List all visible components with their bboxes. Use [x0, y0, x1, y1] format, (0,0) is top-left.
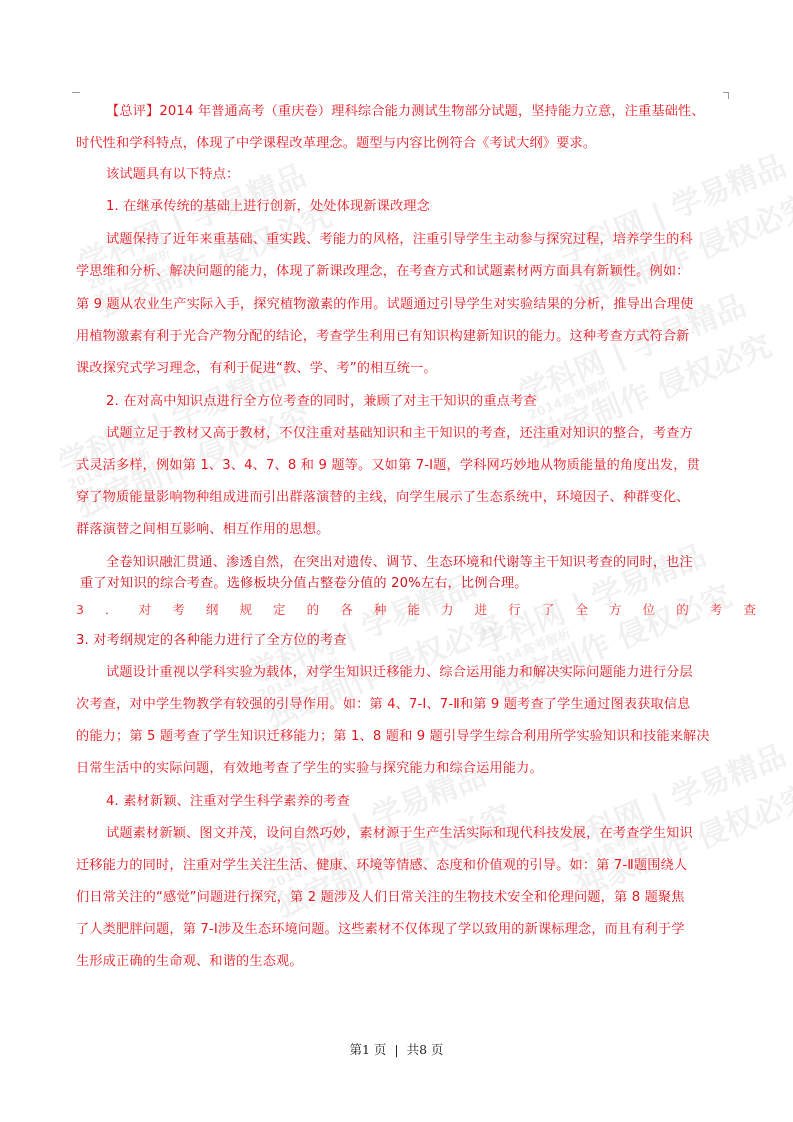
paragraph-line: 穿了物质能量影响物种组成进而引出群落演替的主线，向学生展示了生态系统中，环境因子…	[76, 489, 690, 507]
paragraph-line: 群落演替之间相互影响、相互作用的思想。	[76, 521, 329, 539]
section-heading-3: 3. 对考纲规定的各种能力进行了全方位的考查	[76, 632, 347, 650]
paragraph-line: 第 9 题从农业生产实际入手，探究植物激素的作用。试题通过引导学生对实验结果的分…	[76, 296, 693, 314]
paragraph-line: 时代性和学科特点，体现了中学课程改革理念。题型与内容比例符合《考试大纲》要求。	[76, 135, 596, 153]
section-heading-4: 4. 素材新颖、注重对学生科学素养的考查	[106, 793, 350, 811]
paragraph-line: 试题素材新颖、图文并茂，设问自然巧妙，素材源于生产生活实际和现代科技发展，在考查…	[106, 825, 693, 843]
section-heading-1: 1. 在继承传统的基础上进行创新，处处体现新课改理念	[106, 198, 430, 216]
section-heading-3-justified: 3．对考纲规定的各种能力进行了全方位的考查	[76, 601, 777, 619]
paragraph-line: 次考查，对中学生物教学有较强的引导作用。如：第 4、7-Ⅰ、7-Ⅱ和第 9 题考…	[76, 696, 691, 714]
watermark: 学科网 | 学易精品 2014高考解析 独家制作 侵权必究	[554, 736, 793, 904]
paragraph-line: 课改探究式学习理念，有利于促进“教、学、考”的相互统一。	[76, 360, 437, 378]
summary-heading-line: 【总评】2014 年普通高考（重庆卷）理科综合能力测试生物部分试题，坚持能力立意…	[106, 103, 705, 121]
crop-mark-top-left	[72, 92, 80, 99]
paragraph-line: 该试题具有以下特点：	[106, 166, 239, 184]
paragraph-line: 试题立足于教材又高于教材，不仅注重对基础知识和主干知识的考查，还注重对知识的整合…	[106, 425, 693, 443]
paragraph-line: 了人类肥胖问题，第 7-Ⅰ涉及生态环境问题。这些素材不仅体现了学以致用的新课标理…	[76, 921, 685, 939]
page-number: 第1 页	[349, 1042, 386, 1057]
page-footer: 第1 页 | 共8 页	[0, 1040, 793, 1058]
paragraph-line: 学思维和分析、解决问题的能力，体现了新课改理念，在考查方式和试题素材两方面具有新…	[76, 263, 690, 281]
footer-separator: |	[394, 1042, 398, 1057]
document-page: 学科网 | 学易精品 2014高考解析 独家制作 侵权必究 学科网 | 学易精品…	[0, 0, 793, 1122]
page-total: 共8 页	[407, 1042, 444, 1057]
paragraph-line: 试题保持了近年来重基础、重实践、考能力的风格，注重引导学生主动参与探究过程，培养…	[106, 231, 693, 249]
paragraph-line: 用植物激素有利于光合产物分配的结论，考查学生利用已有知识构建新知识的能力。这种考…	[76, 328, 690, 346]
paragraph-line: 试题设计重视以学科实验为载体，对学生知识迁移能力、综合运用能力和解决实际问题能力…	[106, 664, 693, 682]
paragraph-line: 式灵活多样，例如第 1、3、4、7、8 和 9 题等。又如第 7-Ⅰ题，学科网巧…	[76, 457, 700, 475]
section-heading-2: 2. 在对高中知识点进行全方位考查的同时，兼顾了对主干知识的重点考查	[106, 393, 537, 411]
paragraph-line: 全卷知识融汇贯通、渗透自然，在突出对遗传、调节、生态环境和代谢等主干知识考查的同…	[106, 554, 693, 572]
paragraph-line: 的能力；第 5 题考查了学生知识迁移能力；第 1、8 题和 9 题引导学生综合利…	[76, 728, 710, 746]
paragraph-line: 重了对知识的综合考查。选修板块分值占整卷分值的 20%左右，比例合理。	[80, 575, 528, 593]
paragraph-line: 们日常关注的“感觉”问题进行探究，第 2 题涉及人们日常关注的生物技术安全和伦理…	[76, 889, 685, 907]
crop-mark-top-right	[723, 92, 729, 99]
paragraph-line: 生形成正确的生命观、和谐的生态观。	[76, 953, 303, 971]
paragraph-line: 迁移能力的同时，注重对学生关注生活、健康、环境等情感、态度和价值观的引导。如：第…	[76, 857, 687, 875]
paragraph-line: 日常生活中的实际问题，有效地考查了学生的实验与探究能力和综合运用能力。	[76, 760, 543, 778]
